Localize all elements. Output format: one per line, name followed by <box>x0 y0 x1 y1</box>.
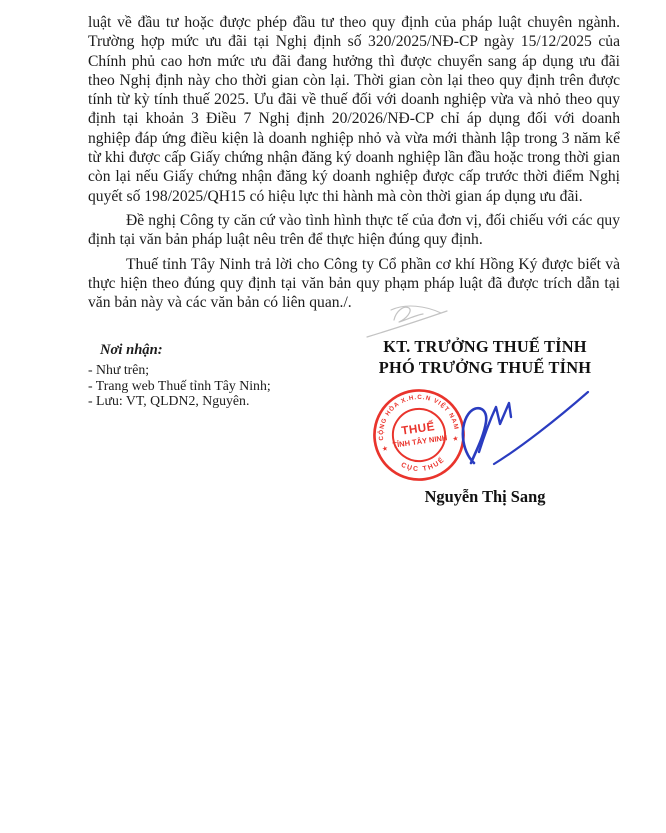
signer-name: Nguyễn Thị Sang <box>366 487 604 507</box>
paragraph-request: Đề nghị Công ty căn cứ vào tình hình thự… <box>88 211 620 250</box>
recipient-item: - Trang web Thuế tỉnh Tây Ninh; <box>88 378 271 394</box>
letter-body: luật về đầu tư hoặc được phép đầu tư the… <box>88 13 620 312</box>
seal-center-line2: TỈNH TÂY NINH <box>392 433 448 450</box>
official-red-seal: CỘNG HÒA X.H.C.N VIỆT NAM CỤC THUẾ ★ ★ T… <box>358 374 480 496</box>
signer-role-line1: KT. TRƯỞNG THUẾ TỈNH <box>366 337 604 358</box>
recipient-item: - Lưu: VT, QLDN2, Nguyên. <box>88 393 271 409</box>
recipient-item: - Như trên; <box>88 362 271 378</box>
letter-page: luật về đầu tư hoặc được phép đầu tư the… <box>0 0 666 833</box>
recipients-block: Nơi nhận: - Như trên; - Trang web Thuế t… <box>88 343 271 409</box>
star-icon: ★ <box>452 435 459 443</box>
signer-role-line2: PHÓ TRƯỞNG THUẾ TỈNH <box>366 358 604 379</box>
paragraph-closing: Thuế tỉnh Tây Ninh trả lời cho Công ty C… <box>88 255 620 313</box>
signature-ink <box>463 392 588 464</box>
paragraph-legal-continuation: luật về đầu tư hoặc được phép đầu tư the… <box>88 13 620 206</box>
star-icon: ★ <box>382 445 389 453</box>
recipients-heading: Nơi nhận: <box>88 343 271 359</box>
signature-title-block: KT. TRƯỞNG THUẾ TỈNH PHÓ TRƯỞNG THUẾ TỈN… <box>366 337 604 378</box>
